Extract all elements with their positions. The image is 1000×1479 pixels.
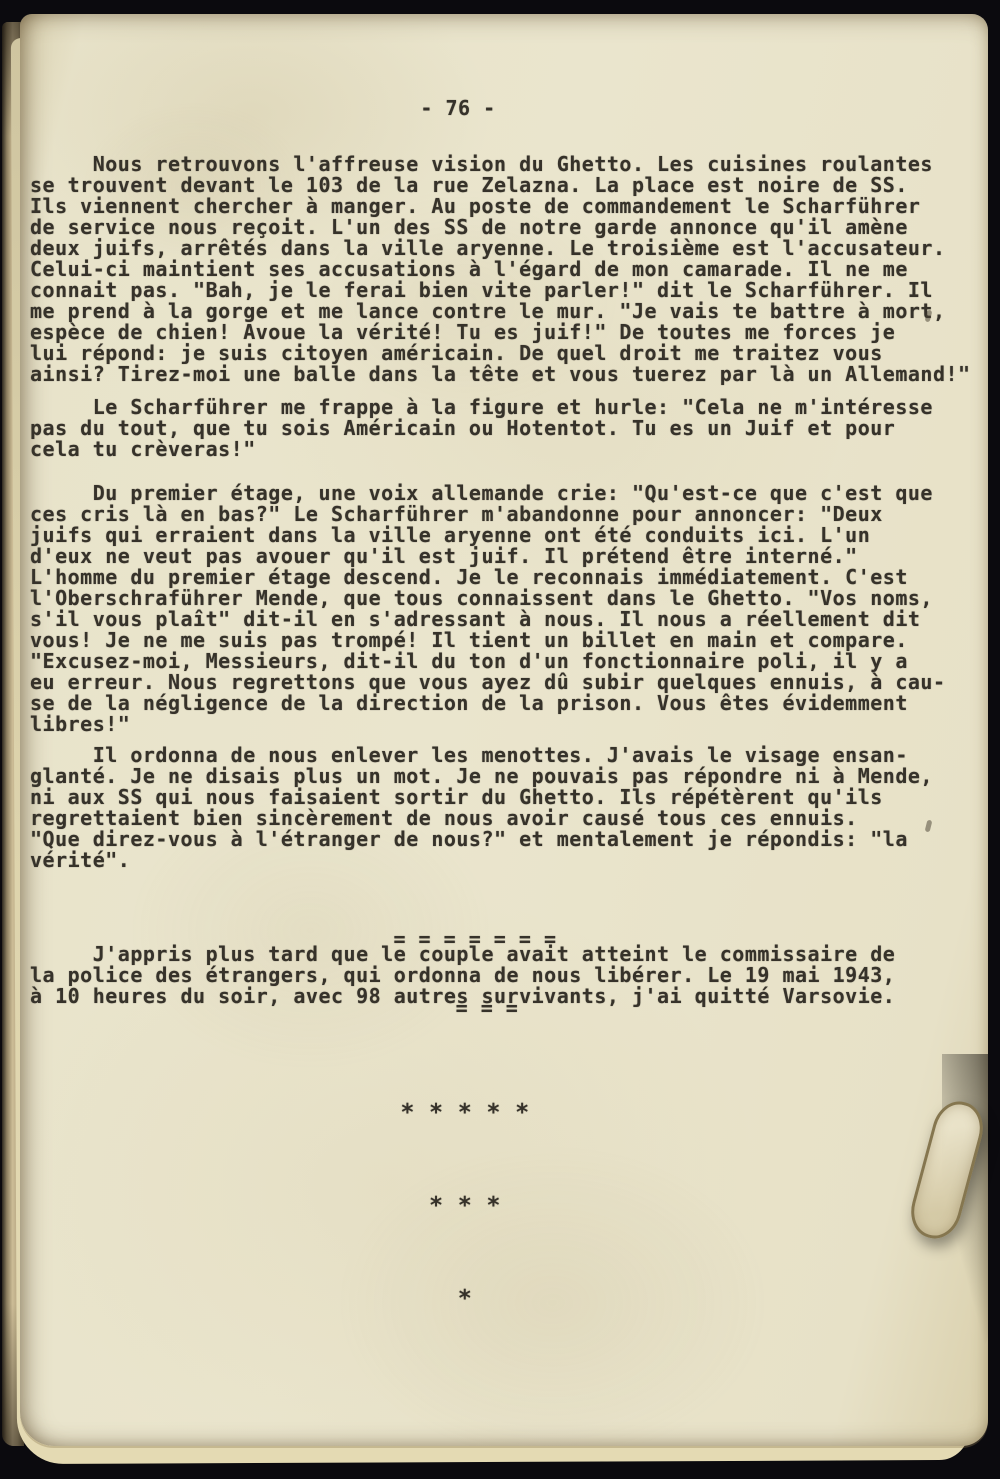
paragraph-2: Le Scharführer me frappe à la figure et … — [30, 397, 933, 460]
document-page: - 76 - Nous retrouvons l'affreuse vision… — [20, 14, 988, 1446]
paragraph-3: Du premier étage, une voix allemande cri… — [30, 483, 946, 735]
asterisk-row-1: * * * * * — [265, 1098, 665, 1129]
asterisk-row-3: * — [265, 1284, 665, 1315]
paragraph-4: Il ordonna de nous enlever les menottes.… — [30, 745, 933, 871]
book-photo-scene: - 76 - Nous retrouvons l'affreuse vision… — [0, 0, 1000, 1479]
paper-clip — [905, 1096, 990, 1244]
paragraph-5: J'appris plus tard que le couple avait a… — [30, 944, 895, 1007]
page-number: - 76 - — [358, 98, 558, 119]
asterisk-row-2: * * * — [265, 1191, 665, 1222]
paragraph-1: Nous retrouvons l'affreuse vision du Ghe… — [30, 154, 971, 385]
asterisk-divider: * * * * * * * * * — [265, 1036, 665, 1377]
